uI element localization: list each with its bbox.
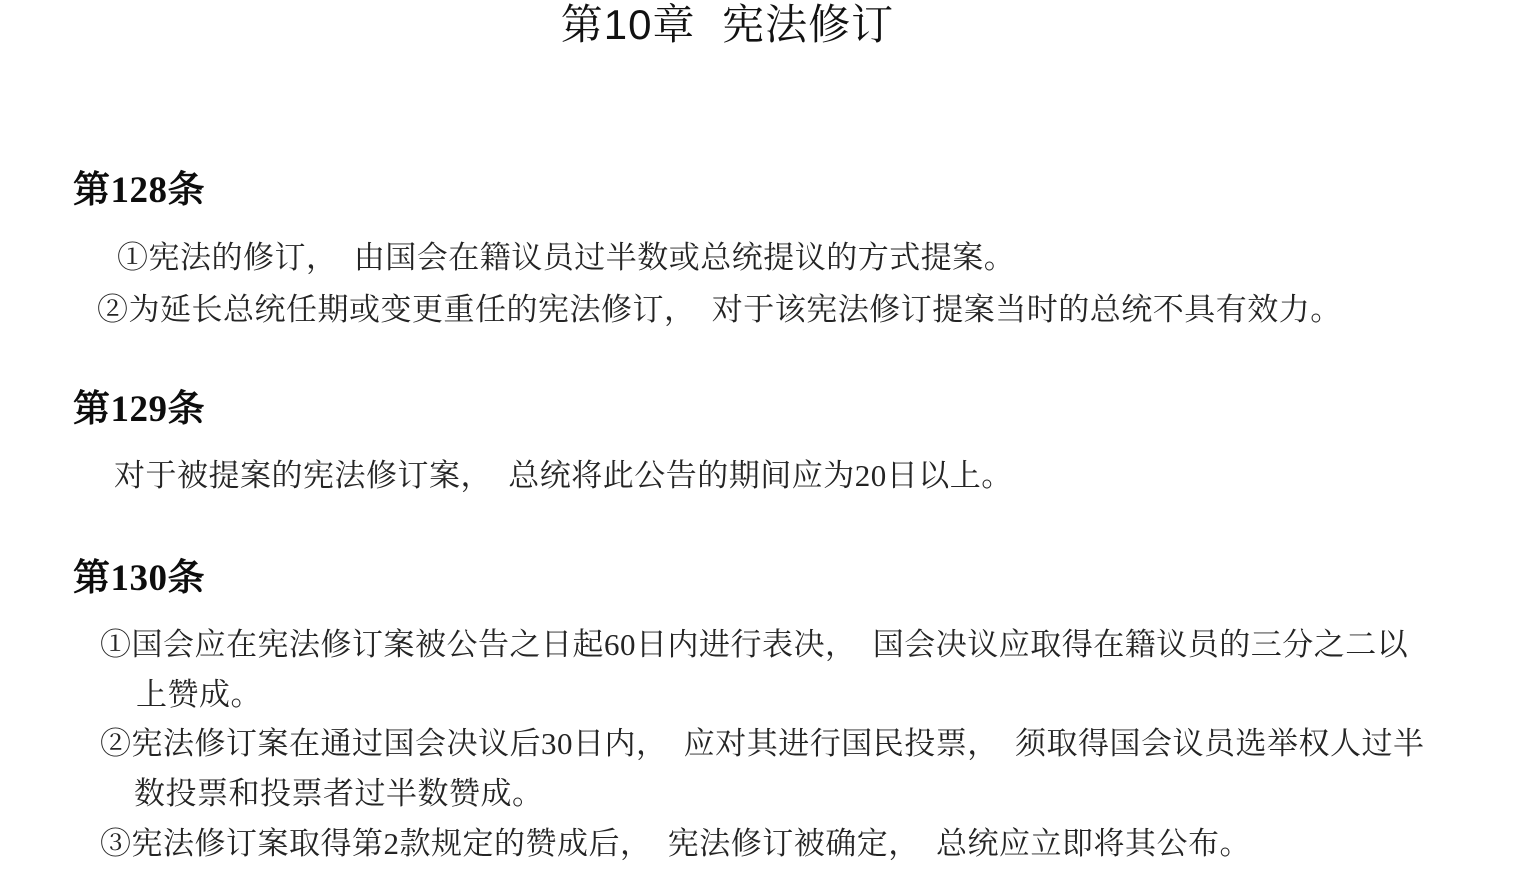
article-128-clause-2: ②为延长总统任期或变更重任的宪法修订， 对于该宪法修订提案当时的总统不具有效力。 xyxy=(97,292,1342,328)
article-128-clause-1: ①宪法的修订， 由国会在籍议员过半数或总统提议的方式提案。 xyxy=(117,240,1015,276)
article-130-clause-2-line-1: ②宪法修订案在通过国会决议后30日内， 应对其进行国民投票， 须取得国会议员选举… xyxy=(100,726,1425,762)
article-128-heading: 第128条 xyxy=(73,171,205,211)
article-130-clause-1-line-2: 上赞成。 xyxy=(136,677,262,713)
article-130-clause-1-line-1: ①国会应在宪法修订案被公告之日起60日内进行表决， 国会决议应取得在籍议员的三分… xyxy=(100,627,1408,663)
article-130-clause-2-line-2: 数投票和投票者过半数赞成。 xyxy=(134,776,544,812)
article-130-clause-3: ③宪法修订案取得第2款规定的赞成后， 宪法修订被确定， 总统应立即将其公布。 xyxy=(100,826,1251,862)
article-129-clause-1: 对于被提案的宪法修订案， 总统将此公告的期间应为20日以上。 xyxy=(114,458,1013,494)
document-page: 第10章 宪法修订 第128条 ①宪法的修订， 由国会在籍议员过半数或总统提议的… xyxy=(0,0,1521,889)
chapter-title: 第10章 宪法修订 xyxy=(0,2,1455,48)
article-130-heading: 第130条 xyxy=(73,559,205,599)
article-129-heading: 第129条 xyxy=(73,390,205,430)
